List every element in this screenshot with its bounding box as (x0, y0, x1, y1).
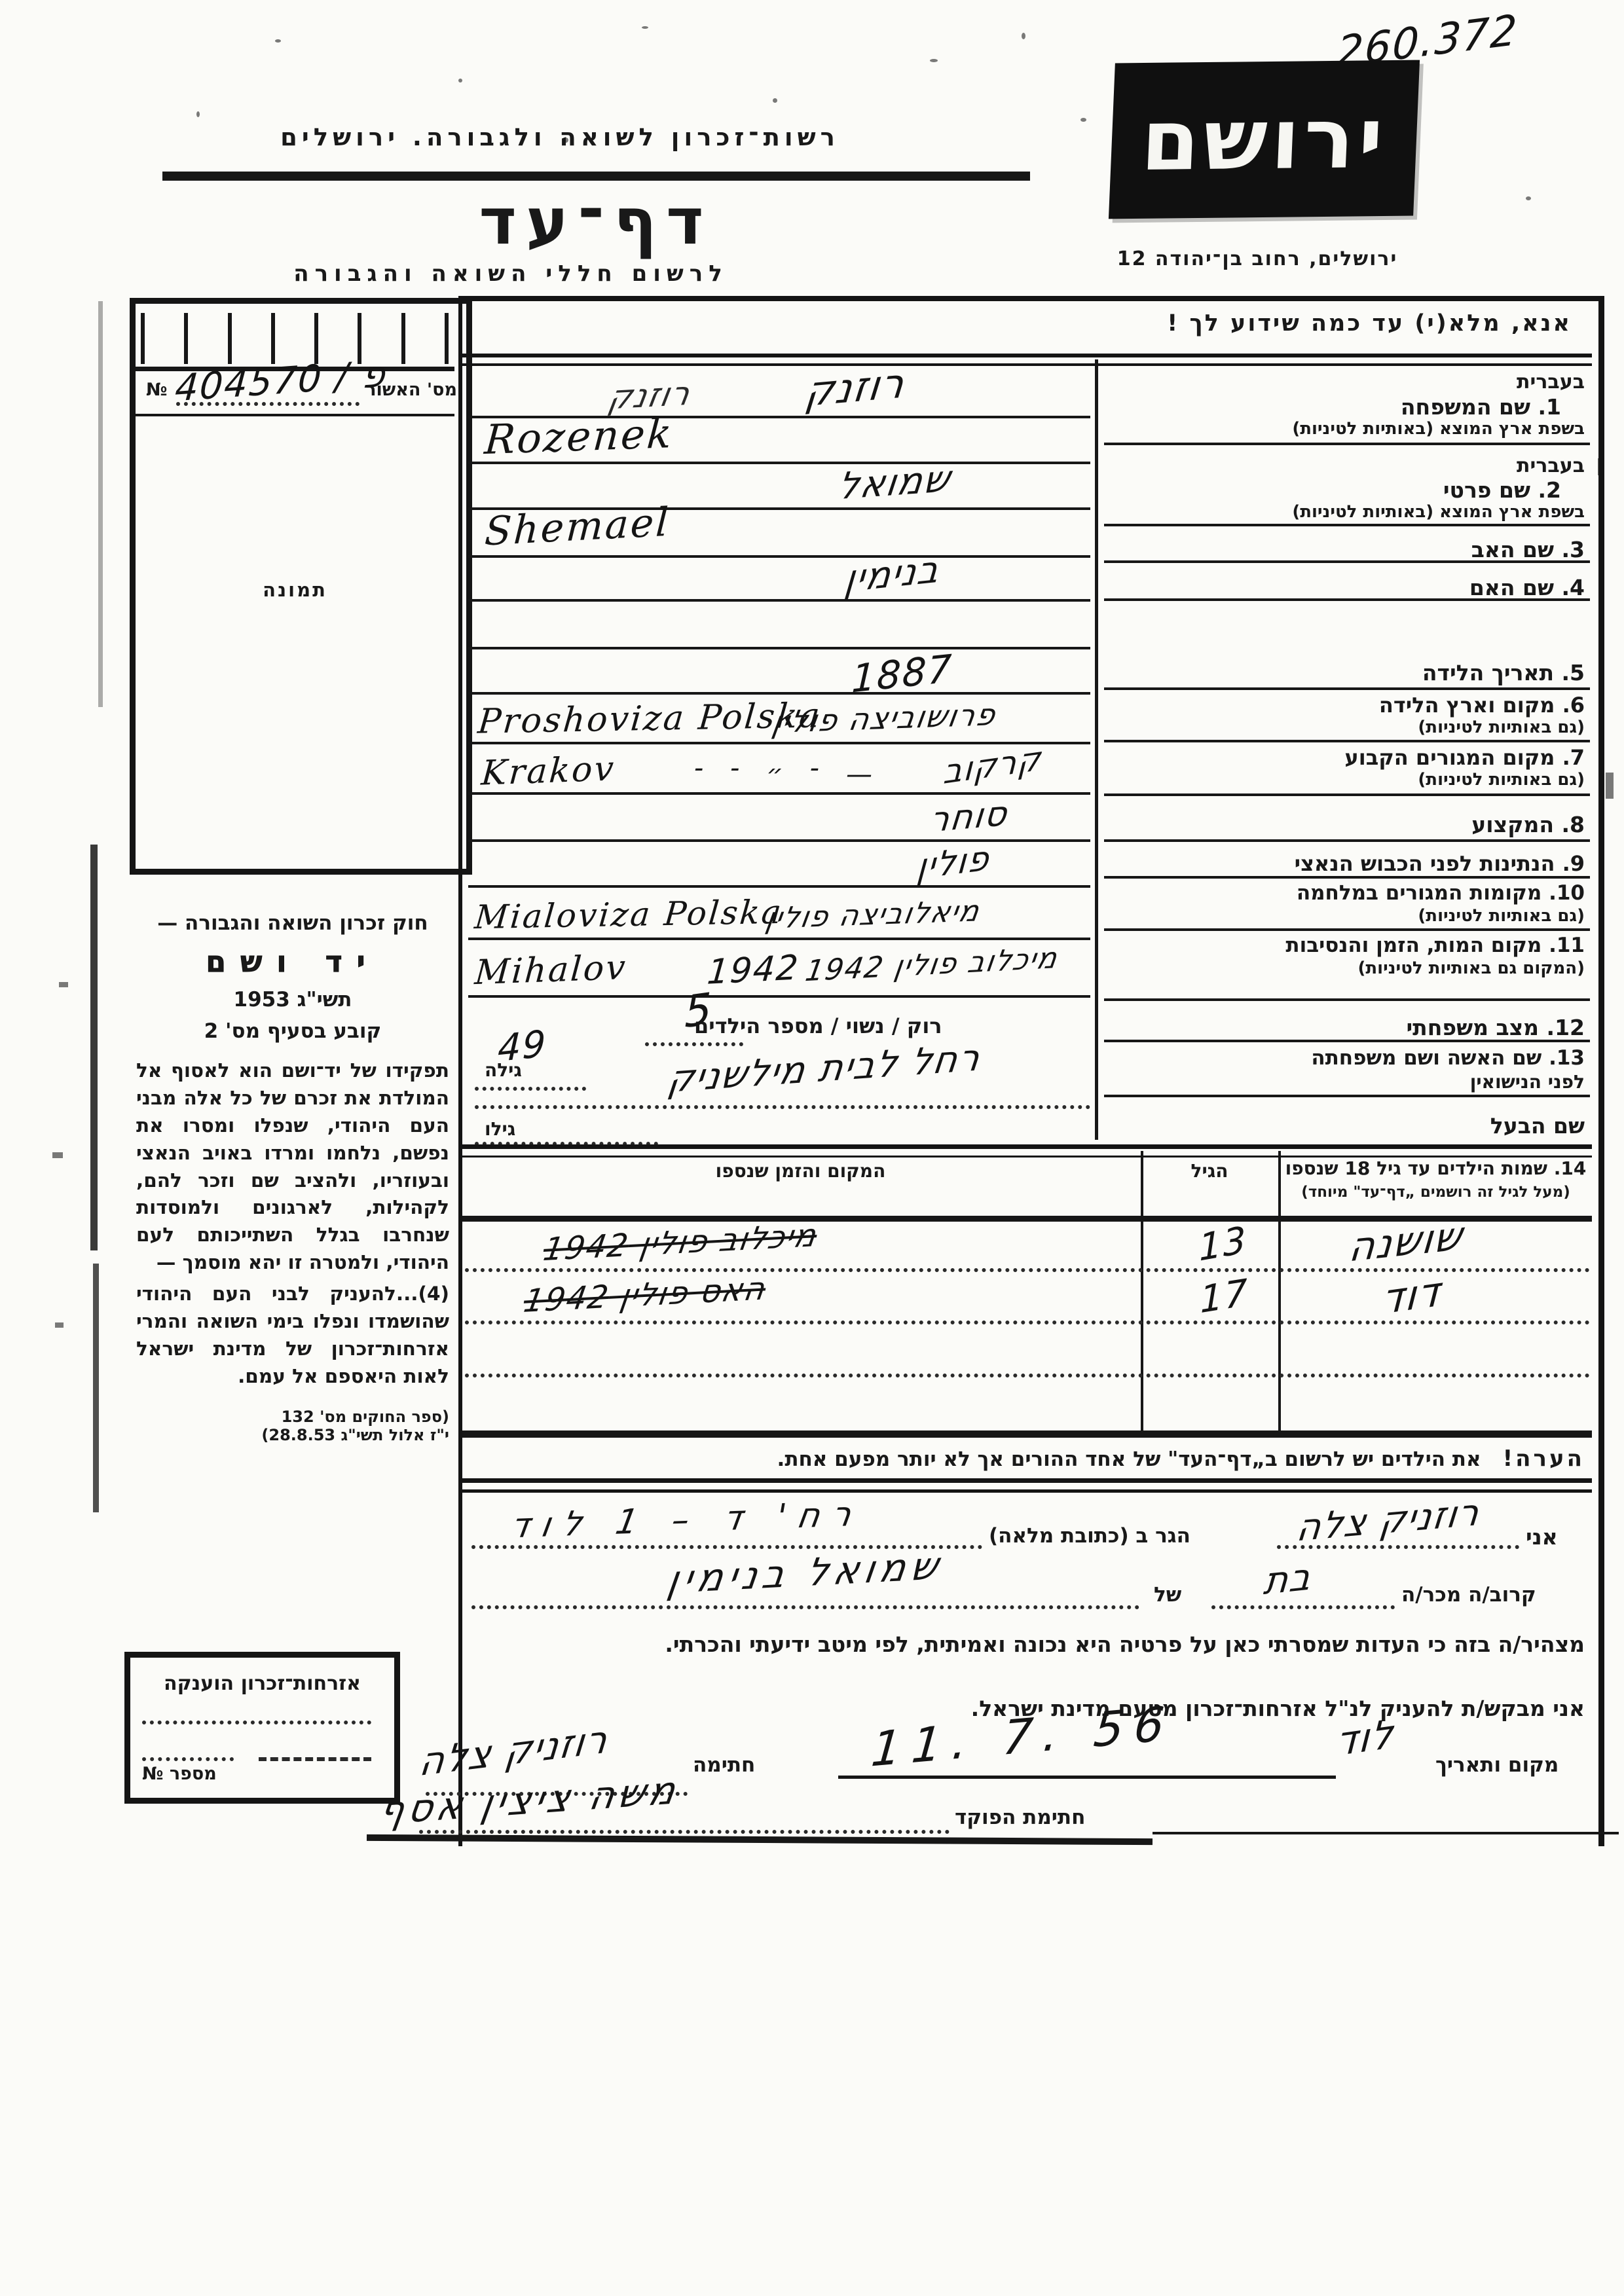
law-headline: חוק זכרון השואה והגבורה — (136, 911, 449, 935)
children-row2-line (465, 1321, 1590, 1324)
place-hw: לוד (1335, 1711, 1395, 1766)
law-ref-line2: י"ז אלול תשי"ג 28.8.53) (136, 1426, 449, 1444)
write-line-11 (468, 995, 1090, 998)
clerk-signature-label: חתימת הפוקד (955, 1806, 1085, 1829)
resident-label: הגר ב (כתובת מלאה) (989, 1524, 1190, 1548)
citizenship-line-1 (142, 1721, 371, 1724)
label-sep-7 (1104, 793, 1590, 796)
relation-line (1211, 1605, 1395, 1609)
write-line-8 (468, 839, 1090, 842)
write-line-5 (468, 692, 1090, 695)
clerk-signature-line (419, 1830, 950, 1834)
form-bottom-border-right (1153, 1832, 1619, 1834)
write-line-1b (468, 462, 1090, 464)
note-text: את הילדים יש לרשום ב„דף־העד" של אחד ההור… (777, 1448, 1481, 1471)
declaration-statement: מצהיר/ה בזה כי העדות שמסרתי כאן על פרטיה… (471, 1631, 1585, 1657)
label-sep-3 (1104, 560, 1590, 563)
husband-name-label: שם הבעל (1107, 1113, 1585, 1139)
children-table-top-rule (462, 1144, 1592, 1157)
relation-hw: בת (1262, 1556, 1314, 1604)
law-title: יד ושם (136, 945, 449, 979)
field1-lang-label: בעברית (1517, 371, 1585, 393)
label-sep-1 (1104, 443, 1590, 445)
field2-lang-label: בעברית (1517, 454, 1585, 477)
wife-age-line (475, 1087, 586, 1091)
field9-label: 9. הנתינות לפני הכבוש הנאצי (1107, 851, 1585, 876)
law-year-line: תשי"ג 1953 (136, 988, 449, 1011)
field1-sub-label: בשפת ארץ המוצא (באותיות לטיניות) (1292, 419, 1585, 439)
note-double-rule (462, 1478, 1592, 1493)
approval-bottom-rule (136, 414, 454, 416)
form-subtitle: לרשום חללי השואה והגבורה (262, 261, 760, 287)
law-section-line: קובע בסעיף מס' 2 (136, 1019, 449, 1043)
law-block: חוק זכרון השואה והגבורה — יד ושם תשי"ג 1… (136, 911, 449, 1444)
label-sep-8 (1104, 839, 1590, 842)
of-label: של (1154, 1583, 1181, 1607)
profession-hw: סוחר (927, 793, 1010, 840)
form-title: דף־עד (432, 185, 760, 259)
label-sep-9 (1104, 876, 1590, 879)
photo-box: מס' האשור № 404570 / פ תמונה (130, 298, 472, 875)
child-row1-age-hw: 13 (1198, 1218, 1247, 1270)
note-bold: הערה! (1503, 1446, 1585, 1472)
field10-sub-label: (גם באותיות לטיניות) (1107, 906, 1585, 926)
field6-label: 6. מקום וארץ הלידה (1107, 693, 1585, 718)
husband-age-label: גילו (485, 1118, 515, 1140)
field7-sub-label: (גם באותיות לטיניות) (1107, 770, 1585, 790)
field11-label: 11. מקום המות, הזמן והנסיבות (1107, 934, 1585, 957)
citizenship-box-title: אזרחות־זכרון הוענקה (130, 1672, 394, 1695)
children-table-vline-1 (1141, 1151, 1143, 1437)
wife-age-hw: 49 (497, 1023, 547, 1070)
citizenship-line-2 (142, 1757, 234, 1761)
column-divider (1095, 359, 1098, 1140)
label-sep-6 (1104, 740, 1590, 742)
law-clause: (4)...להעניק לבני העם היהודי שהושמדו ונפ… (136, 1281, 449, 1391)
label-sep-4 (1104, 598, 1590, 601)
first-name-hebrew-hw: שמואל (836, 458, 954, 509)
citizenship-no-symbol: № (142, 1764, 163, 1784)
note-line: הערה! את הילדים יש לרשום ב„דף־העד" של אח… (478, 1446, 1585, 1472)
approval-no-symbol: № (146, 380, 167, 400)
field2-sub-label: בשפת ארץ המוצא (באותיות לטיניות) (1292, 502, 1585, 522)
family-name-hebrew-hw: רוזנק (803, 359, 908, 416)
write-line-10 (468, 938, 1090, 940)
field2-label: 2. שם פרטי (1443, 477, 1561, 503)
marital-status-options: רוק / נשוי / מספר הילדים (694, 1013, 942, 1038)
child-row2-name-hw: דוד (1380, 1267, 1443, 1324)
death-year-hw: 1942 (705, 948, 800, 993)
yad-vashem-logo-stamp: ירושם (1109, 60, 1420, 219)
label-sep-10 (1104, 928, 1590, 931)
photo-label: תמונה (136, 579, 454, 601)
field7-label: 7. מקום המגורים הקבוע (1107, 745, 1585, 770)
field10-label: 10. מקומות המגורים במלחמה (1107, 881, 1585, 905)
law-body: תפקידו של יד־ושם הוא לאסוף אל המולדת את … (136, 1057, 449, 1277)
citizenship-line-3 (259, 1757, 371, 1761)
logo-address: ירושלים, רחוב בן־יהודה 12 (1094, 247, 1421, 270)
write-line-9 (468, 885, 1090, 888)
children-age-header: הגיל (1143, 1160, 1276, 1182)
relative-label: קרוב/ה מכר/ה (1401, 1583, 1536, 1607)
write-line-2b (468, 555, 1090, 558)
residence-ditto-marks-hw: ־ ״ ־ ־ — (694, 759, 881, 790)
children-names-header: 14. שמות הילדים עד גיל 18 שנספו (1283, 1157, 1588, 1179)
children-count-hw: 5 (684, 983, 713, 1038)
children-table-vline-2 (1278, 1151, 1281, 1437)
signature-label: חתימה (693, 1753, 755, 1777)
residence-latin-hw: Krakov (480, 749, 617, 793)
scanned-testimony-page: 260.372 רשות־זכרון לשואה ולגבורה. ירושלי… (0, 0, 1624, 2296)
field6-sub-label: (גם באותיות לטיניות) (1107, 718, 1585, 737)
field11-sub-label: (המקום גם באותיות לטיניות) (1107, 958, 1585, 978)
death-place-latin-hw: Mihalov (473, 948, 629, 993)
label-sep-5 (1104, 687, 1590, 690)
label-sep-13 (1104, 1095, 1590, 1097)
field13-sub-label: לפני הנישואין (1107, 1071, 1585, 1093)
header-rule (162, 172, 1030, 181)
org-line: רשות־זכרון לשואה ולגבורה. ירושלים (157, 123, 963, 151)
logo-text: ירושם (1139, 90, 1389, 190)
declarant-i-label: אני (1526, 1524, 1558, 1550)
field4-label: 4. שם האם (1107, 575, 1585, 600)
place-date-line (838, 1776, 1336, 1779)
index-notch-comb (141, 313, 449, 364)
first-name-latin-hw: Shemael (483, 499, 671, 555)
label-sep-11 (1104, 998, 1590, 1001)
instruction-double-rule (462, 354, 1592, 366)
family-name-latin-hw: Rozenek (483, 409, 676, 464)
law-ref-line1: (ספר החוקים מס' 132 (136, 1408, 449, 1426)
field13-label: 13. שם האשה ושם משפחתה (1107, 1046, 1585, 1070)
children-table-bottom-rule (462, 1430, 1592, 1438)
field8-label: 8. המקצוע (1107, 812, 1585, 837)
field5-label: 5. תאריך הלידה (1107, 660, 1585, 685)
field12-label: 12. מצב משפחתי (1107, 1015, 1585, 1040)
wife-name-line (475, 1105, 1090, 1109)
fill-instruction: אנא, מלא(י) עד כמה שידוע לך ! (1048, 310, 1572, 337)
children-row3-line (465, 1374, 1590, 1377)
war-residence-latin-hw: Mialoviza Polska (473, 893, 784, 936)
deceased-name-line (471, 1605, 1139, 1609)
child-row2-age-hw: 17 (1200, 1271, 1249, 1322)
label-sep-2 (1104, 524, 1590, 526)
children-place-header: המקום והזמן שנספו (465, 1160, 1136, 1182)
label-sep-12 (1104, 1040, 1590, 1042)
children-count-line (645, 1042, 743, 1046)
children-names-header-sub: (מעל לגיל זה רושמים „דף־עד" מיוחד) (1283, 1184, 1588, 1201)
field3-label: 3. שם האב (1107, 537, 1585, 562)
write-line-4 (468, 647, 1090, 649)
write-line-3 (468, 599, 1090, 602)
citizenship-granted-box: אזרחות־זכרון הוענקה מספר № (124, 1652, 400, 1804)
citizenship-number-label: מספר № (142, 1764, 217, 1784)
field1-label: 1. שם המשפחה (1401, 394, 1561, 420)
place-date-label: מקום ותאריך (1435, 1753, 1559, 1777)
write-line-6 (468, 742, 1090, 744)
